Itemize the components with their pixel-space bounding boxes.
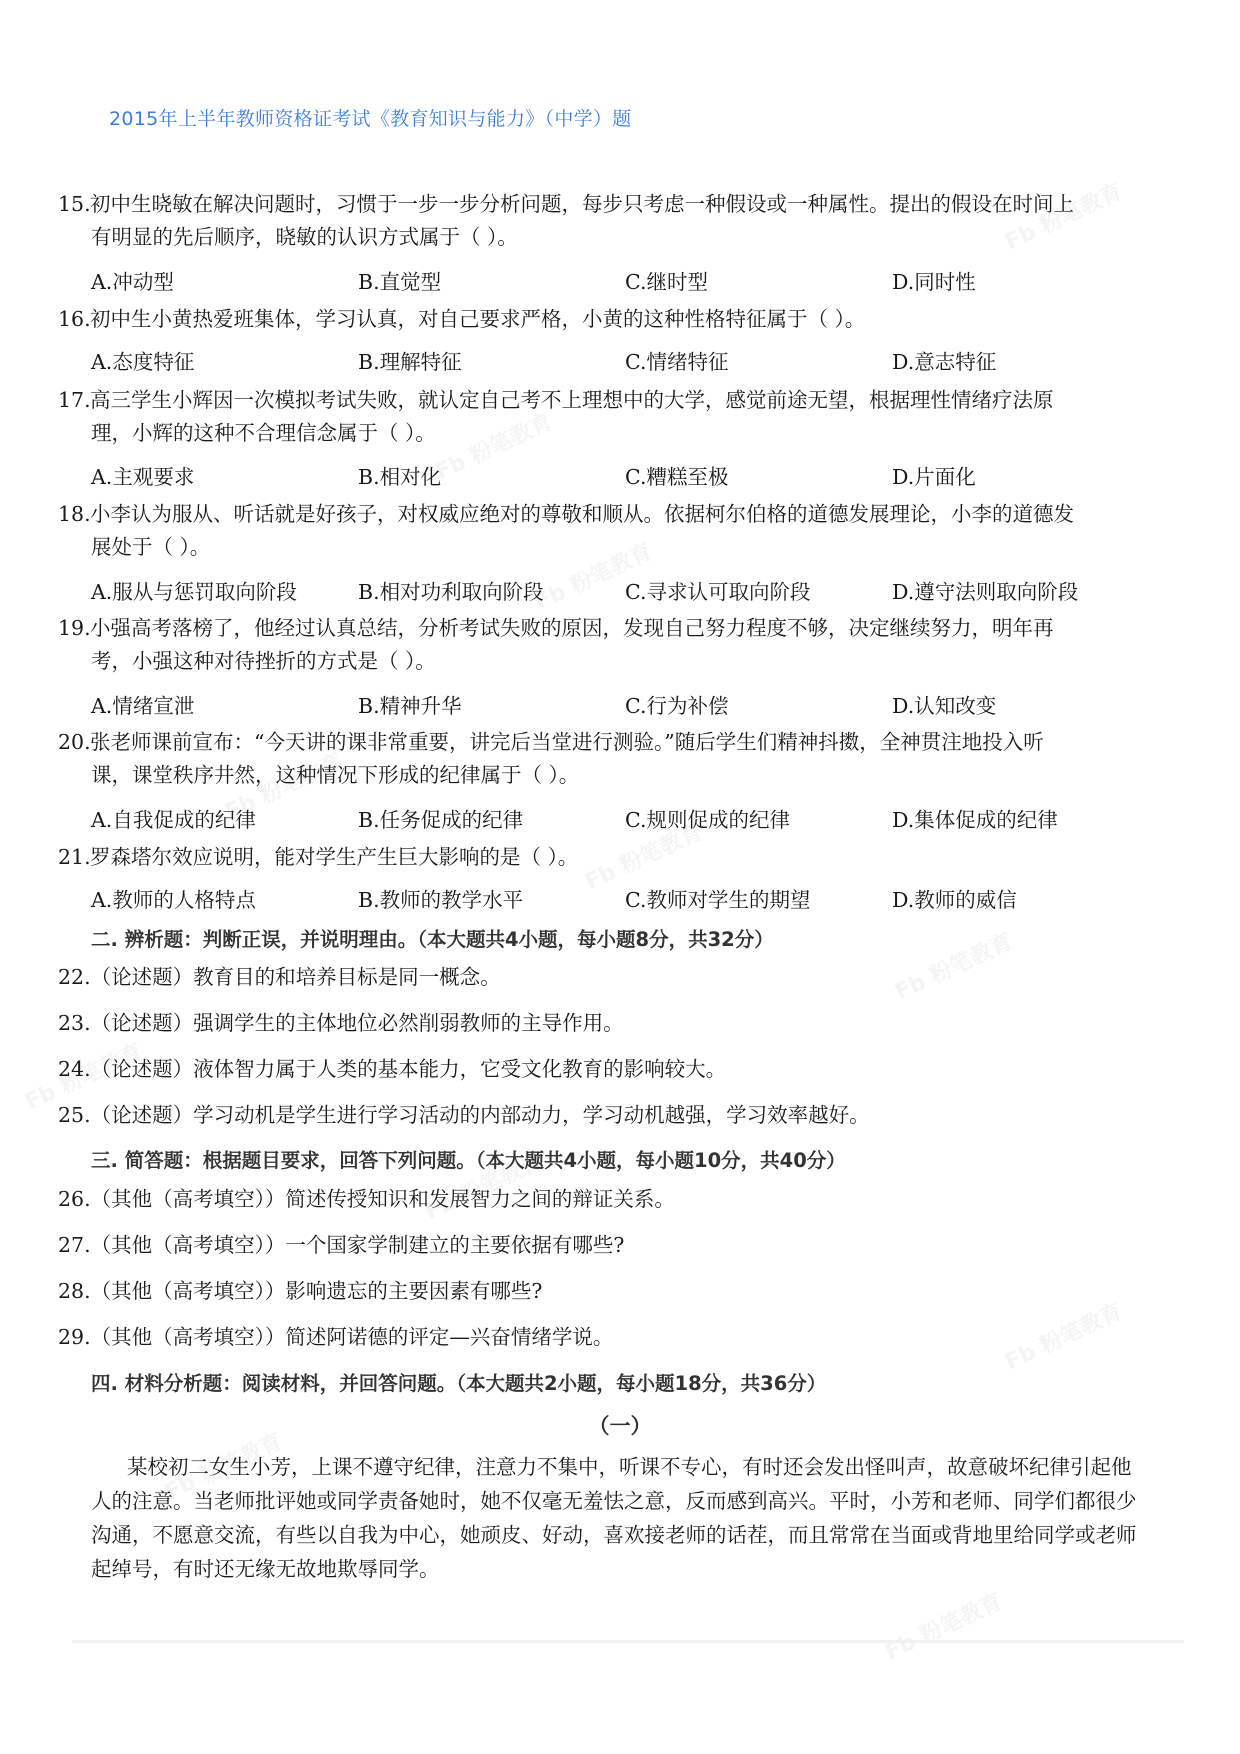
question-stem: 小强高考落榜了，他经过认真总结，分析考试失败的原因，发现自己努力程度不够，决定继… [90,616,1054,640]
option-d: D.集体促成的纪律 [892,803,1159,833]
options-21: A.教师的人格特点 B.教师的教学水平 C.教师对学生的期望 D.教师的威信 [91,883,1159,913]
question-number: 20. [58,726,90,759]
question-stem-cont: 展处于（ ）。 [58,531,1158,564]
option-b: B.直觉型 [358,265,625,295]
option-c: C.继时型 [625,265,892,295]
question-stem: 初中生小黄热爱班集体，学习认真，对自己要求严格，小黄的这种性格特征属于（ ）。 [90,307,865,331]
options-15: A.冲动型 B.直觉型 C.继时型 D.同时性 [91,265,1159,295]
question-21: 21.罗森塔尔效应说明，能对学生产生巨大影响的是（ ）。 [58,841,1158,874]
option-c: C.规则促成的纪律 [625,803,892,833]
option-c: C.寻求认可取向阶段 [625,575,892,605]
question-stem: 初中生晓敏在解决问题时，习惯于一步一步分析问题，每步只考虑一种假设或一种属性。提… [90,192,1074,216]
option-c: C.情绪特征 [625,345,892,375]
option-b: B.相对化 [358,460,625,490]
option-d: D.认知改变 [892,689,1159,719]
section-heading-3: 三. 简答题：根据题目要求，回答下列问题。（本大题共4小题，每小题10分，共40… [91,1145,846,1173]
option-b: B.相对功利取向阶段 [358,575,625,605]
material-subheading: （一） [0,1410,1240,1440]
question-number: 15. [58,188,90,221]
short-answer-question: 27.（其他（高考填空））一个国家学制建立的主要依据有哪些? [58,1228,624,1258]
option-a: A.主观要求 [91,460,358,490]
short-answer-question: 28.（其他（高考填空））影响遗忘的主要因素有哪些? [58,1274,542,1304]
option-a: A.情绪宣泄 [91,689,358,719]
question-number: 16. [58,303,90,336]
option-b: B.理解特征 [358,345,625,375]
question-18: 18.小李认为服从、听话就是好孩子，对权威应绝对的尊敬和顺从。依据柯尔伯格的道德… [58,498,1158,564]
option-b: B.教师的教学水平 [358,883,625,913]
question-16: 16.初中生小黄热爱班集体，学习认真，对自己要求严格，小黄的这种性格特征属于（ … [58,303,1158,336]
question-stem-cont: 有明显的先后顺序，晓敏的认识方式属于（ ）。 [58,221,1158,254]
document-title: 2015年上半年教师资格证考试《教育知识与能力》（中学）题 [109,104,632,131]
options-19: A.情绪宣泄 B.精神升华 C.行为补偿 D.认知改变 [91,689,1159,719]
essay-question: 22.（论述题）教育目的和培养目标是同一概念。 [58,960,501,990]
watermark: Fb 粉笔教育 [889,925,1017,1007]
option-b: B.精神升华 [358,689,625,719]
option-d: D.片面化 [892,460,1159,490]
question-stem-cont: 课，课堂秩序井然，这种情况下形成的纪律属于（ ）。 [58,759,1158,792]
material-passage: 某校初二女生小芳，上课不遵守纪律，注意力不集中，听课不专心，有时还会发出怪叫声，… [91,1450,1151,1586]
option-c: C.教师对学生的期望 [625,883,892,913]
page-divider [72,1640,1184,1643]
option-c: C.行为补偿 [625,689,892,719]
watermark: Fb 粉笔教育 [879,1585,1007,1667]
option-a: A.态度特征 [91,345,358,375]
question-20: 20.张老师课前宣布：“今天讲的课非常重要，讲完后当堂进行测验。”随后学生们精神… [58,726,1158,792]
options-18: A.服从与惩罚取向阶段 B.相对功利取向阶段 C.寻求认可取向阶段 D.遵守法则… [91,575,1159,605]
option-a: A.自我促成的纪律 [91,803,358,833]
question-17: 17.高三学生小辉因一次模拟考试失败，就认定自己考不上理想中的大学，感觉前途无望… [58,384,1158,450]
options-16: A.态度特征 B.理解特征 C.情绪特征 D.意志特征 [91,345,1159,375]
option-a: A.冲动型 [91,265,358,295]
question-stem-cont: 考，小强这种对待挫折的方式是（ ）。 [58,645,1158,678]
essay-question: 24.（论述题）液体智力属于人类的基本能力，它受文化教育的影响较大。 [58,1052,726,1082]
options-17: A.主观要求 B.相对化 C.糟糕至极 D.片面化 [91,460,1159,490]
option-b: B.任务促成的纪律 [358,803,625,833]
option-d: D.遵守法则取向阶段 [892,575,1159,605]
question-stem: 高三学生小辉因一次模拟考试失败，就认定自己考不上理想中的大学，感觉前途无望，根据… [90,388,1054,412]
option-d: D.教师的威信 [892,883,1159,913]
question-number: 21. [58,841,90,874]
option-d: D.同时性 [892,265,1159,295]
question-stem: 小李认为服从、听话就是好孩子，对权威应绝对的尊敬和顺从。依据柯尔伯格的道德发展理… [90,502,1074,526]
option-d: D.意志特征 [892,345,1159,375]
essay-question: 25.（论述题）学习动机是学生进行学习活动的内部动力，学习动机越强，学习效率越好… [58,1098,870,1128]
essay-question: 23.（论述题）强调学生的主体地位必然削弱教师的主导作用。 [58,1006,624,1036]
question-19: 19.小强高考落榜了，他经过认真总结，分析考试失败的原因，发现自己努力程度不够，… [58,612,1158,678]
section-heading-2: 二. 辨析题：判断正误，并说明理由。（本大题共4小题，每小题8分，共32分） [91,924,774,952]
question-stem-cont: 理，小辉的这种不合理信念属于（ ）。 [58,417,1158,450]
short-answer-question: 26.（其他（高考填空））简述传授知识和发展智力之间的辩证关系。 [58,1182,675,1212]
short-answer-question: 29.（其他（高考填空））简述阿诺德的评定—兴奋情绪学说。 [58,1320,613,1350]
question-stem: 罗森塔尔效应说明，能对学生产生巨大影响的是（ ）。 [90,845,578,869]
options-20: A.自我促成的纪律 B.任务促成的纪律 C.规则促成的纪律 D.集体促成的纪律 [91,803,1159,833]
option-a: A.教师的人格特点 [91,883,358,913]
option-c: C.糟糕至极 [625,460,892,490]
question-number: 19. [58,612,90,645]
watermark: Fb 粉笔教育 [999,1295,1127,1377]
section-heading-4: 四. 材料分析题：阅读材料，并回答问题。（本大题共2小题，每小题18分，共36分… [91,1368,826,1396]
question-number: 18. [58,498,90,531]
question-stem: 张老师课前宣布：“今天讲的课非常重要，讲完后当堂进行测验。”随后学生们精神抖擞，… [90,730,1044,754]
option-a: A.服从与惩罚取向阶段 [91,575,358,605]
question-15: 15.初中生晓敏在解决问题时，习惯于一步一步分析问题，每步只考虑一种假设或一种属… [58,188,1158,254]
question-number: 17. [58,384,90,417]
